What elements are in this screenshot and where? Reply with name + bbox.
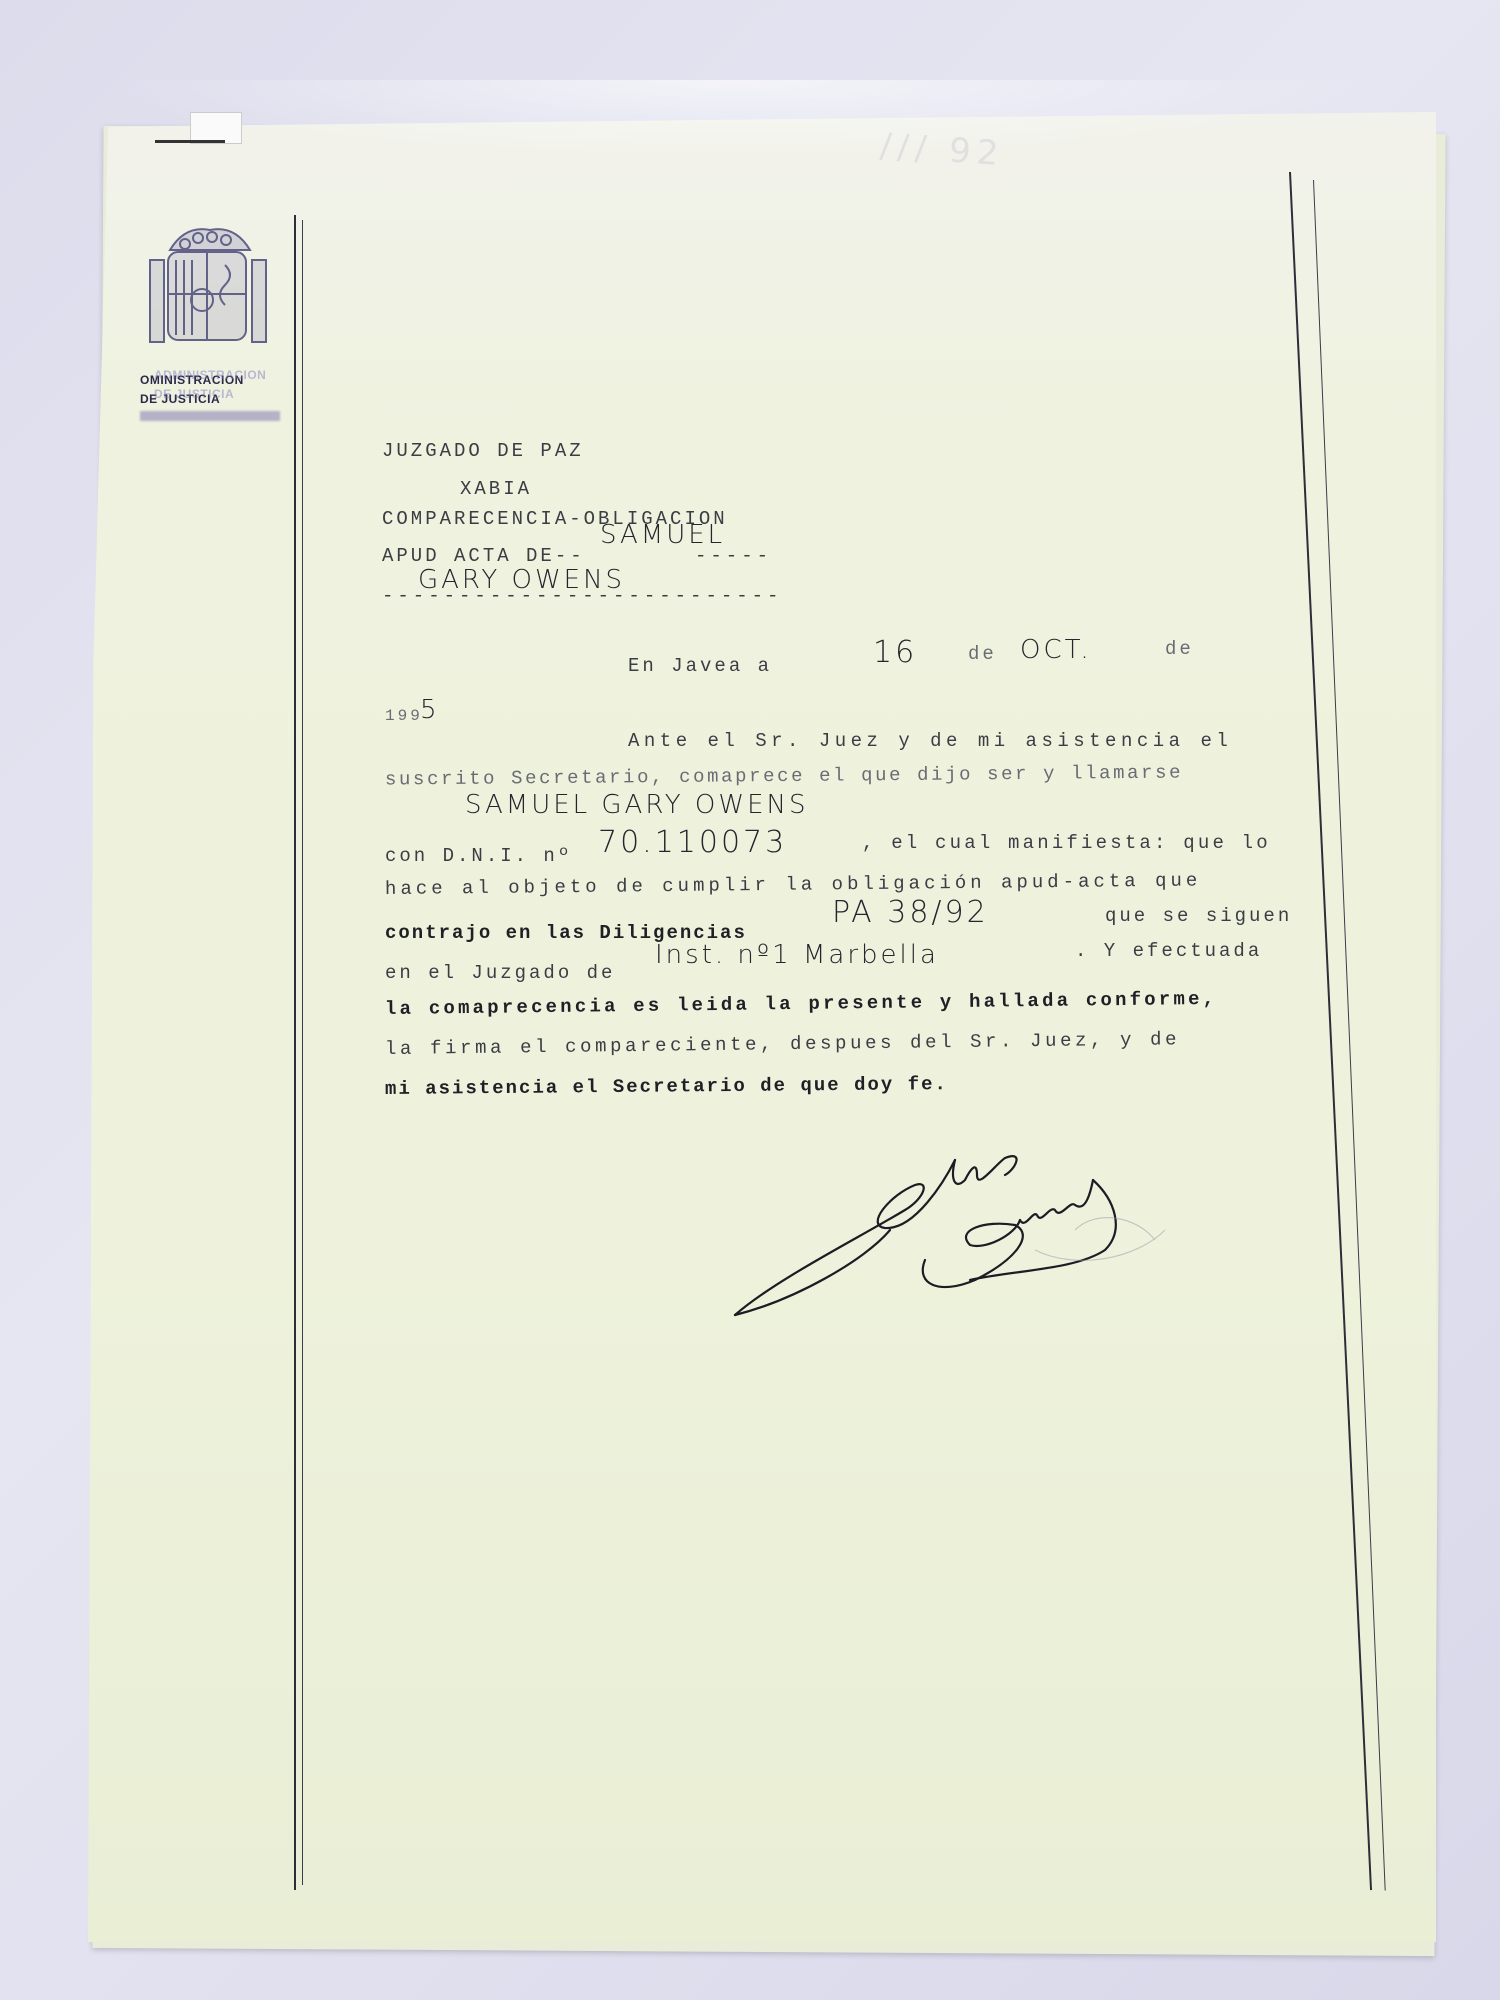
body-line-5-suffix: que se siguen <box>1105 905 1292 927</box>
year-handwritten: 5 <box>420 695 440 725</box>
name-handwritten-rest: GARY OWENS <box>418 565 625 595</box>
body-line-6-prefix: en el Juzgado de <box>385 962 615 984</box>
body-line-1: Ante el Sr. Juez y de mi asistencia el <box>628 730 1232 752</box>
date-day: 16 <box>873 635 917 670</box>
court-name: JUZGADO DE PAZ <box>382 440 584 462</box>
coat-of-arms-icon <box>140 220 280 355</box>
signature-icon <box>715 1120 1185 1330</box>
stamp-ghost-line2: DE JUSTICIA <box>154 386 234 402</box>
town-name: XABIA <box>460 478 532 500</box>
apud-acta-label: APUD ACTA DE-- <box>382 545 586 567</box>
tab-mark <box>155 140 225 143</box>
paper-curl-highlight <box>88 80 1378 160</box>
diligencias-number: PA 38/92 <box>832 895 989 930</box>
place-prefix: En Javea a <box>628 655 772 677</box>
dni-prefix: con D.N.I. nº <box>385 845 572 867</box>
faint-pencil-mark: /// 92 <box>879 126 1006 175</box>
left-margin-line <box>294 215 296 1890</box>
stamp-ghost-line1: ADMINISTRACION <box>154 367 266 383</box>
date-de-2: de <box>1165 638 1194 660</box>
juzgado-handwritten: Inst. nº1 Marbella <box>655 940 939 970</box>
administracion-justicia-stamp: ADMINISTRACION OMINISTRACION DE JUSTICIA… <box>140 372 290 421</box>
stamp-smudge <box>140 411 280 421</box>
document-page <box>88 112 1436 1942</box>
apud-acta-prefix: APUD ACTA DE <box>382 545 555 567</box>
date-de-1: de <box>968 643 997 665</box>
date-month: OCT. <box>1020 635 1092 665</box>
left-margin-line-inner <box>302 220 303 1885</box>
body-line-3-suffix: , el cual manifiesta: que lo <box>862 832 1271 854</box>
fill-dashes: ----- <box>695 545 772 567</box>
handwritten-full-name: SAMUEL GARY OWENS <box>465 790 808 820</box>
dni-number: 70.110073 <box>598 825 787 860</box>
year-printed: 199 <box>385 707 423 725</box>
body-line-6-suffix: . Y efectuada <box>1075 940 1262 962</box>
